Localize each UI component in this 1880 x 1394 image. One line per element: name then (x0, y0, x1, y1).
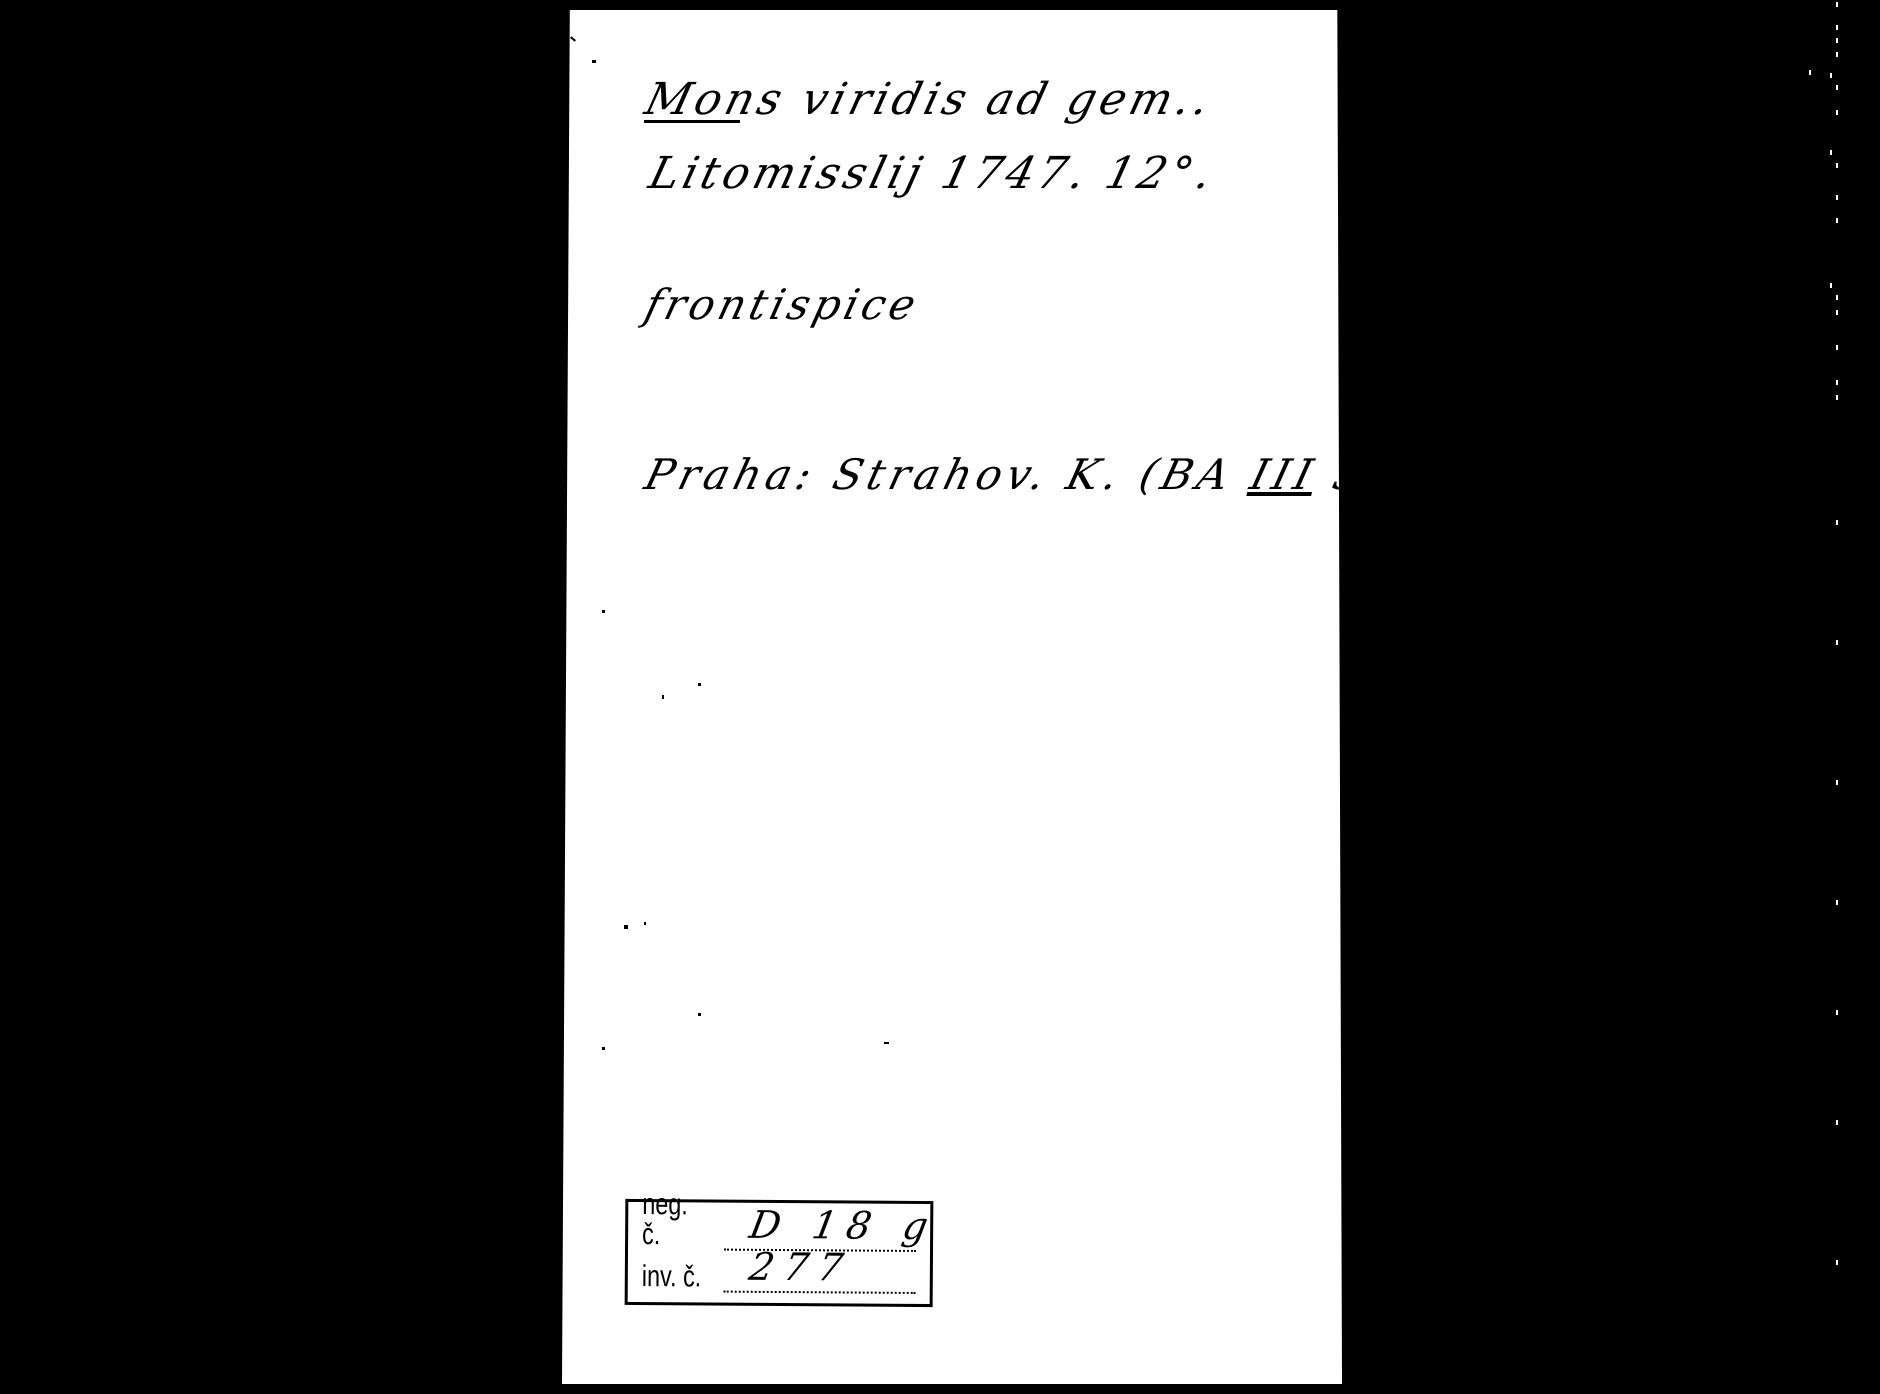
inventory-stamp: neg. č. D 18 g inv. č. 277 (625, 1199, 934, 1307)
inv-number-label: inv. č. (642, 1262, 703, 1292)
scan-speck (570, 36, 576, 41)
scan-speck (592, 60, 596, 63)
card-location-line: Praha: Strahov. K. (BA III 33) (640, 450, 1426, 499)
card-imprint-line: Litomisslij 1747. 12°. (644, 148, 1221, 199)
scan-speck (602, 1047, 605, 1050)
location-prefix: Praha: Strahov. K. (BA (640, 450, 1258, 499)
stamp-row-inventory: inv. č. 277 (642, 1252, 916, 1294)
inv-number-value: 277 (746, 1245, 857, 1290)
scan-speck (698, 683, 701, 686)
scan-speck (662, 695, 664, 699)
scan-speck (698, 1013, 701, 1016)
card-note-line: frontispice (640, 280, 925, 329)
catalogue-card: Mons viridis ad gem.. Litomisslij 1747. … (562, 10, 1342, 1384)
scan-speck (602, 610, 605, 613)
neg-number-label: neg. č. (642, 1190, 703, 1250)
title-underline (644, 120, 740, 123)
inv-number-field: 277 (724, 1253, 916, 1294)
scan-speck (644, 922, 646, 925)
scan-speck (884, 1042, 889, 1044)
scan-speck (624, 925, 628, 929)
card-title-line: Mons viridis ad gem.. (640, 74, 1218, 125)
neg-number-value: D 18 g (746, 1203, 941, 1248)
